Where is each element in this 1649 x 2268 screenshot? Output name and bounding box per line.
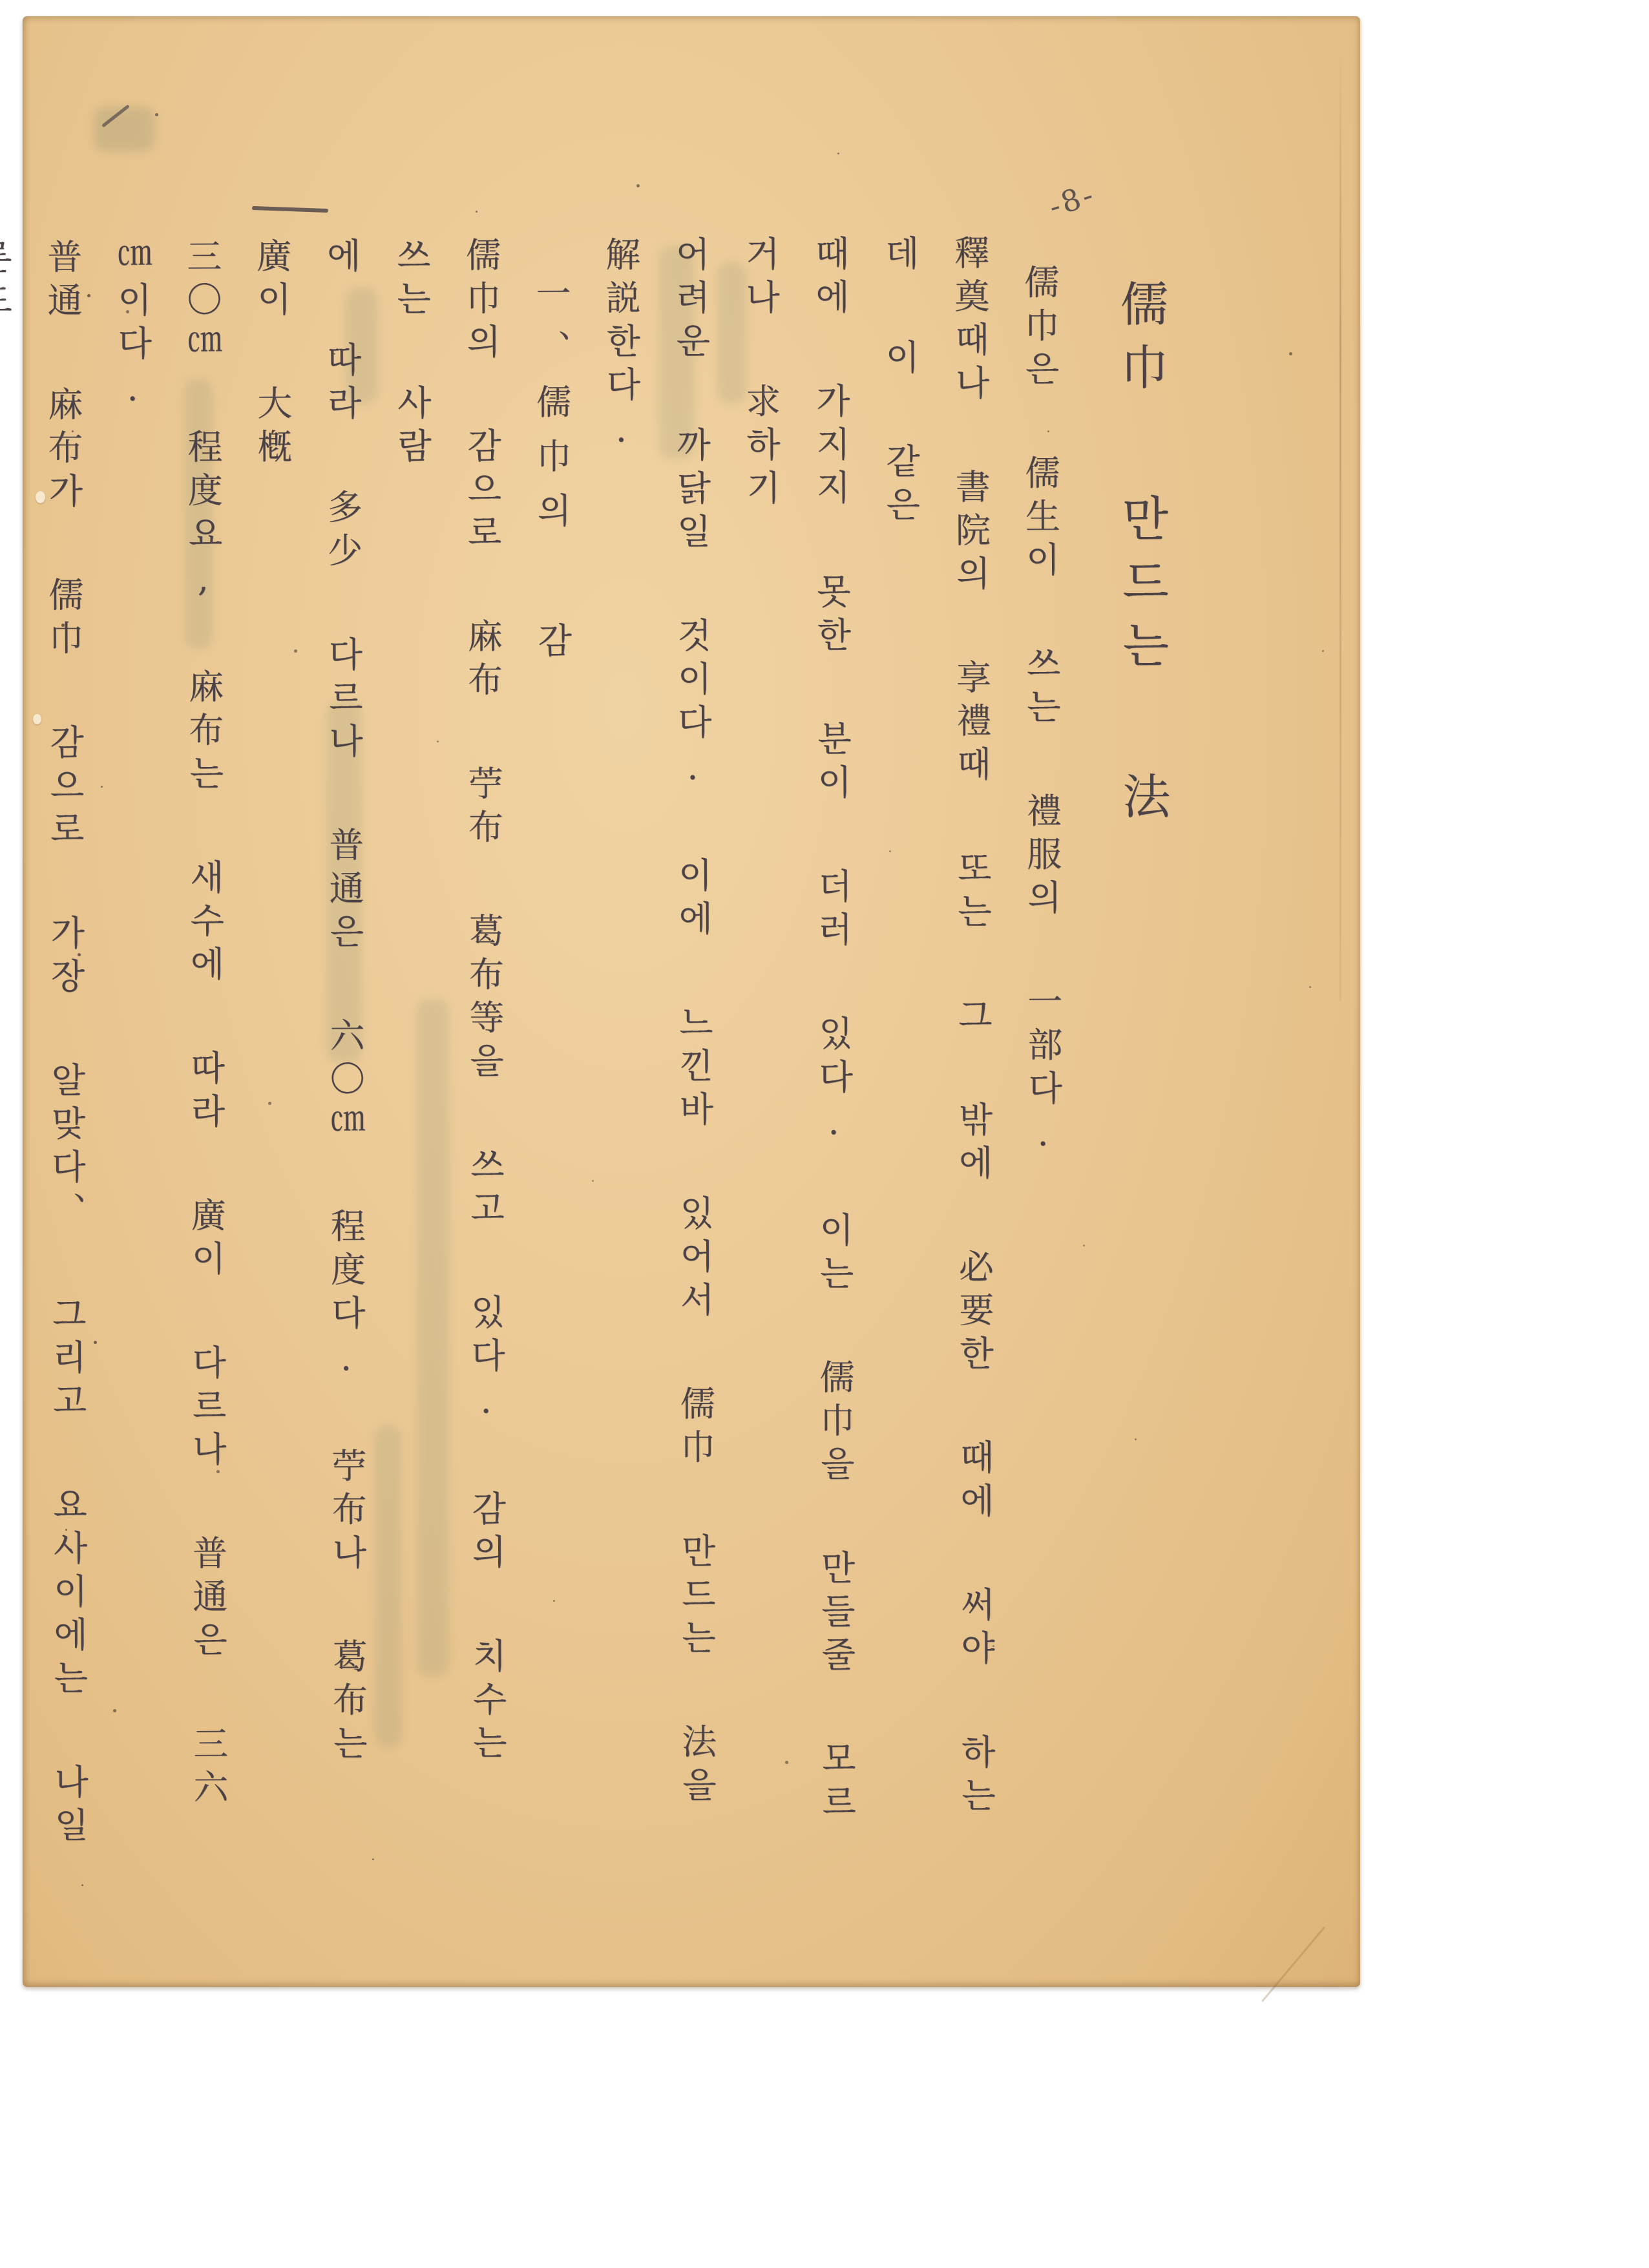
text-column: 三〇㎝ 程度요, 麻布는 새수에 따라 廣이 다르나 普通은 三六㎝이다. — [97, 238, 244, 1854]
section-heading: 一、儒巾의 감 — [516, 236, 593, 1852]
handwritten-text-block: 儒巾 만드는 法 儒巾은 儒生이 쓰는 禮服의 一部다. 釋奠때나 書院의 享禮… — [129, 233, 1196, 1853]
text-column: 普通 麻布가 儒巾 감으로 가장 알맞다、 그리고 요사이에는 나일론도 — [0, 238, 103, 1854]
text-column: 에 따라 多少 다르나 普通은 六〇㎝ 程度다. 苧布나 葛布는 廣이 大槪 — [236, 237, 383, 1853]
ink-speckles — [23, 16, 26, 19]
text-column: 釋奠때나 書院의 享禮때 또는 그 밖에 必要한 때에 써야 하는데 이 같은 — [865, 235, 1011, 1851]
text-column: 儒巾의 감으로 麻布 苧布 葛布等을 쓰고 있다. 감의 치수는 쓰는 사람 — [376, 236, 523, 1853]
text-column: 儒巾은 儒生이 쓰는 禮服의 一部다. — [1004, 234, 1081, 1849]
stray-dash-mark — [252, 206, 328, 213]
paper-crease — [1339, 45, 1341, 1002]
page-title: 儒巾 만드는 法 — [1092, 233, 1196, 1849]
scanned-paper-sheet: -8- 儒巾 만드는 法 儒巾은 儒生이 쓰는 禮服의 一部다. 釋奠때나 書院… — [23, 16, 1360, 1987]
paper-crease-corner — [1261, 1927, 1325, 2002]
page-number: -8- — [1044, 176, 1100, 224]
text-column: 때에 가지지 못한 분이 더러 있다. 이는 儒巾을 만들줄 모르거나 求하기 — [725, 235, 872, 1851]
text-column: 어려운 까닭일 것이다. 이에 느낀바 있어서 儒巾 만드는 法을 解説한다. — [585, 236, 732, 1852]
bleed-through-smudge — [94, 107, 155, 152]
